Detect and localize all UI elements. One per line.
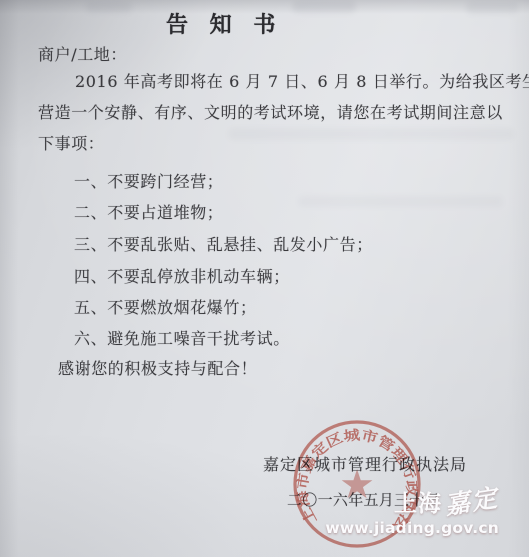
bleed-through-mark <box>466 2 518 14</box>
closing-line: 感谢您的积极支持与配合！ <box>58 356 257 379</box>
notice-document-photo: 告 知 书 商户/工地： 2016 年高考即将在 6 月 7 日、6 月 8 日… <box>0 0 529 557</box>
paragraph-line: 下事项： <box>38 131 104 154</box>
bleed-through-mark <box>228 128 514 140</box>
notice-item: 六、避免施工噪音干扰考试。 <box>74 326 290 349</box>
watermark: 上海 嘉定 www.jiading.gov.cn <box>325 491 499 537</box>
notice-item: 一、不要跨门经营； <box>74 169 223 192</box>
bleed-through-mark <box>298 196 503 207</box>
salutation: 商户/工地： <box>38 42 127 65</box>
notice-item: 四、不要乱停放非机动车辆； <box>74 264 290 287</box>
notice-item: 三、不要乱张贴、乱悬挂、乱发小广告； <box>74 232 373 255</box>
watermark-brand: 上海 嘉定 <box>325 491 499 516</box>
watermark-brand-script: 嘉定 <box>443 485 500 518</box>
notice-item: 五、不要燃放烟花爆竹； <box>74 295 257 318</box>
paragraph-line: 营造一个安静、有序、文明的考试环境，请您在考试期间注意以 <box>38 100 503 123</box>
bleed-through-mark <box>86 2 132 13</box>
paragraph-line: 2016 年高考即将在 6 月 7 日、6 月 8 日举行。为给我区考生 <box>75 69 529 92</box>
watermark-url: www.jiading.gov.cn <box>325 519 499 537</box>
notice-item: 二、不要占道堆物； <box>74 200 223 223</box>
bleed-through-mark <box>292 1 356 13</box>
watermark-brand-cn: 上海 <box>394 493 442 516</box>
notice-title: 告 知 书 <box>166 8 282 39</box>
